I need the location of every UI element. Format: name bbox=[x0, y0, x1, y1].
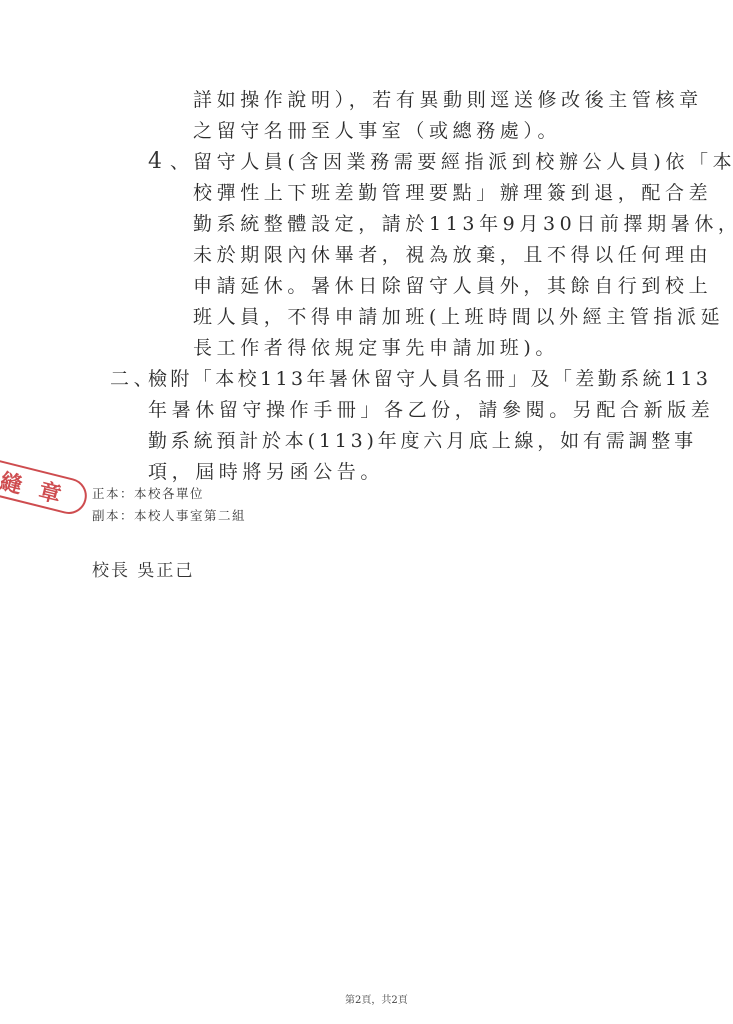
section2-line-2: 年暑休留守操作手冊」各乙份，請參閱。另配合新版差 bbox=[148, 398, 714, 422]
item4-line-2: 校彈性上下班差勤管理要點」辦理簽到退，配合差 bbox=[193, 181, 712, 205]
item4-line-5: 申請延休。暑休日除留守人員外，其餘自行到校上 bbox=[193, 274, 712, 298]
document-page: 詳如操作說明），若有異動則逕送修改後主管核章 之留守名冊至人事室（或總務處）。 … bbox=[0, 0, 733, 1024]
item4-line-6: 班人員，不得申請加班(上班時間以外經主管指派延 bbox=[193, 305, 724, 329]
item4-separator: 、 bbox=[170, 150, 194, 174]
section2-line-3: 勤系統預計於本(113)年度六月底上線，如有需調整事 bbox=[148, 429, 697, 453]
item4-number: 4 bbox=[148, 150, 162, 174]
section2-line-1: 檢附「本校113年暑休留守人員名冊」及「差勤系統113 bbox=[148, 367, 711, 391]
item4-line-4: 未於期限內休畢者，視為放棄，且不得以任何理由 bbox=[193, 243, 712, 267]
seam-seal-stamp: 縫章 bbox=[0, 454, 91, 517]
item4-line-3: 勤系統整體設定，請於113年9月30日前擇期暑休， bbox=[193, 212, 733, 236]
principal-signature: 校長 吳正己 bbox=[92, 560, 194, 582]
section2-line-4: 項，屆時將另函公告。 bbox=[148, 460, 384, 484]
distribution-original: 正本：本校各單位 bbox=[92, 486, 204, 502]
item4-line-7: 長工作者得依規定事先申請加班)。 bbox=[193, 336, 559, 360]
item3-line-2: 之留守名冊至人事室（或總務處）。 bbox=[193, 119, 561, 143]
item4-line-1: 留守人員(含因業務需要經指派到校辦公人員)依「本 bbox=[193, 150, 733, 174]
page-number-footer: 第2頁，共2頁 bbox=[345, 994, 408, 1008]
item3-line-1: 詳如操作說明），若有異動則逕送修改後主管核章 bbox=[193, 88, 703, 112]
distribution-copy: 副本：本校人事室第二組 bbox=[92, 508, 246, 524]
